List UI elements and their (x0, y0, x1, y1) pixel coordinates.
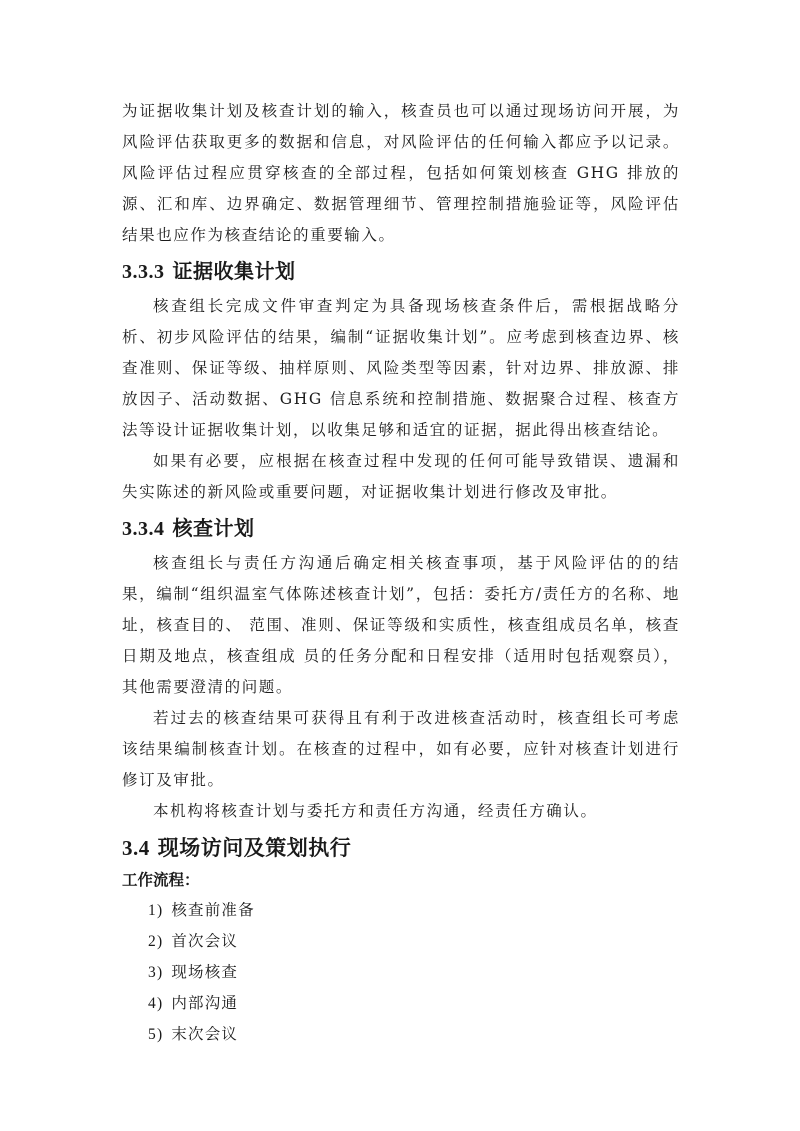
list-item: 5)末次会议 (148, 1019, 680, 1050)
section-title: 核查计划 (173, 518, 255, 540)
paragraph: 若过去的核查结果可获得且有利于改进核查活动时，核查组长可考虑该结果编制核查计划。… (122, 703, 680, 796)
list-number: 1) (148, 902, 163, 919)
paragraph: 本机构将核查计划与委托方和责任方沟通，经责任方确认。 (122, 796, 680, 827)
list-item: 1)核查前准备 (148, 895, 680, 926)
intro-paragraph: 为证据收集计划及核查计划的输入，核查员也可以通过现场访问开展，为风险评估获取更多… (122, 96, 680, 251)
list-text: 内部沟通 (171, 994, 238, 1012)
paragraph: 核查组长与责任方沟通后确定相关核查事项，基于风险评估的的结果，编制“组织温室气体… (122, 548, 680, 703)
section-title: 证据收集计划 (173, 261, 296, 283)
list-number: 5) (148, 1026, 163, 1043)
section-heading-3-3-3: 3.3.3证据收集计划 (122, 260, 680, 284)
list-text: 核查前准备 (171, 901, 255, 919)
section-number: 3.4 (122, 836, 150, 860)
section-number: 3.3.3 (122, 261, 165, 283)
section-heading-3-4: 3.4现场访问及策划执行 (122, 835, 680, 861)
list-item: 4)内部沟通 (148, 988, 680, 1019)
list-text: 首次会议 (171, 932, 238, 950)
list-text: 现场核查 (171, 963, 238, 981)
section-number: 3.3.4 (122, 518, 165, 540)
section-title: 现场访问及策划执行 (158, 836, 352, 860)
list-number: 3) (148, 964, 163, 981)
list-item: 2)首次会议 (148, 926, 680, 957)
list-text: 末次会议 (171, 1025, 238, 1043)
document-page: 为证据收集计划及核查计划的输入，核查员也可以通过现场访问开展，为风险评估获取更多… (122, 96, 680, 1050)
list-item: 3)现场核查 (148, 957, 680, 988)
paragraph: 核查组长完成文件审查判定为具备现场核查条件后，需根据战略分析、初步风险评估的结果… (122, 291, 680, 446)
list-number: 4) (148, 995, 163, 1012)
section-heading-3-3-4: 3.3.4核查计划 (122, 517, 680, 541)
workflow-list: 1)核查前准备 2)首次会议 3)现场核查 4)内部沟通 5)末次会议 (122, 895, 680, 1050)
list-number: 2) (148, 933, 163, 950)
paragraph: 如果有必要，应根据在核查过程中发现的任何可能导致错误、遗漏和失实陈述的新风险或重… (122, 446, 680, 508)
workflow-label: 工作流程： (122, 865, 680, 895)
